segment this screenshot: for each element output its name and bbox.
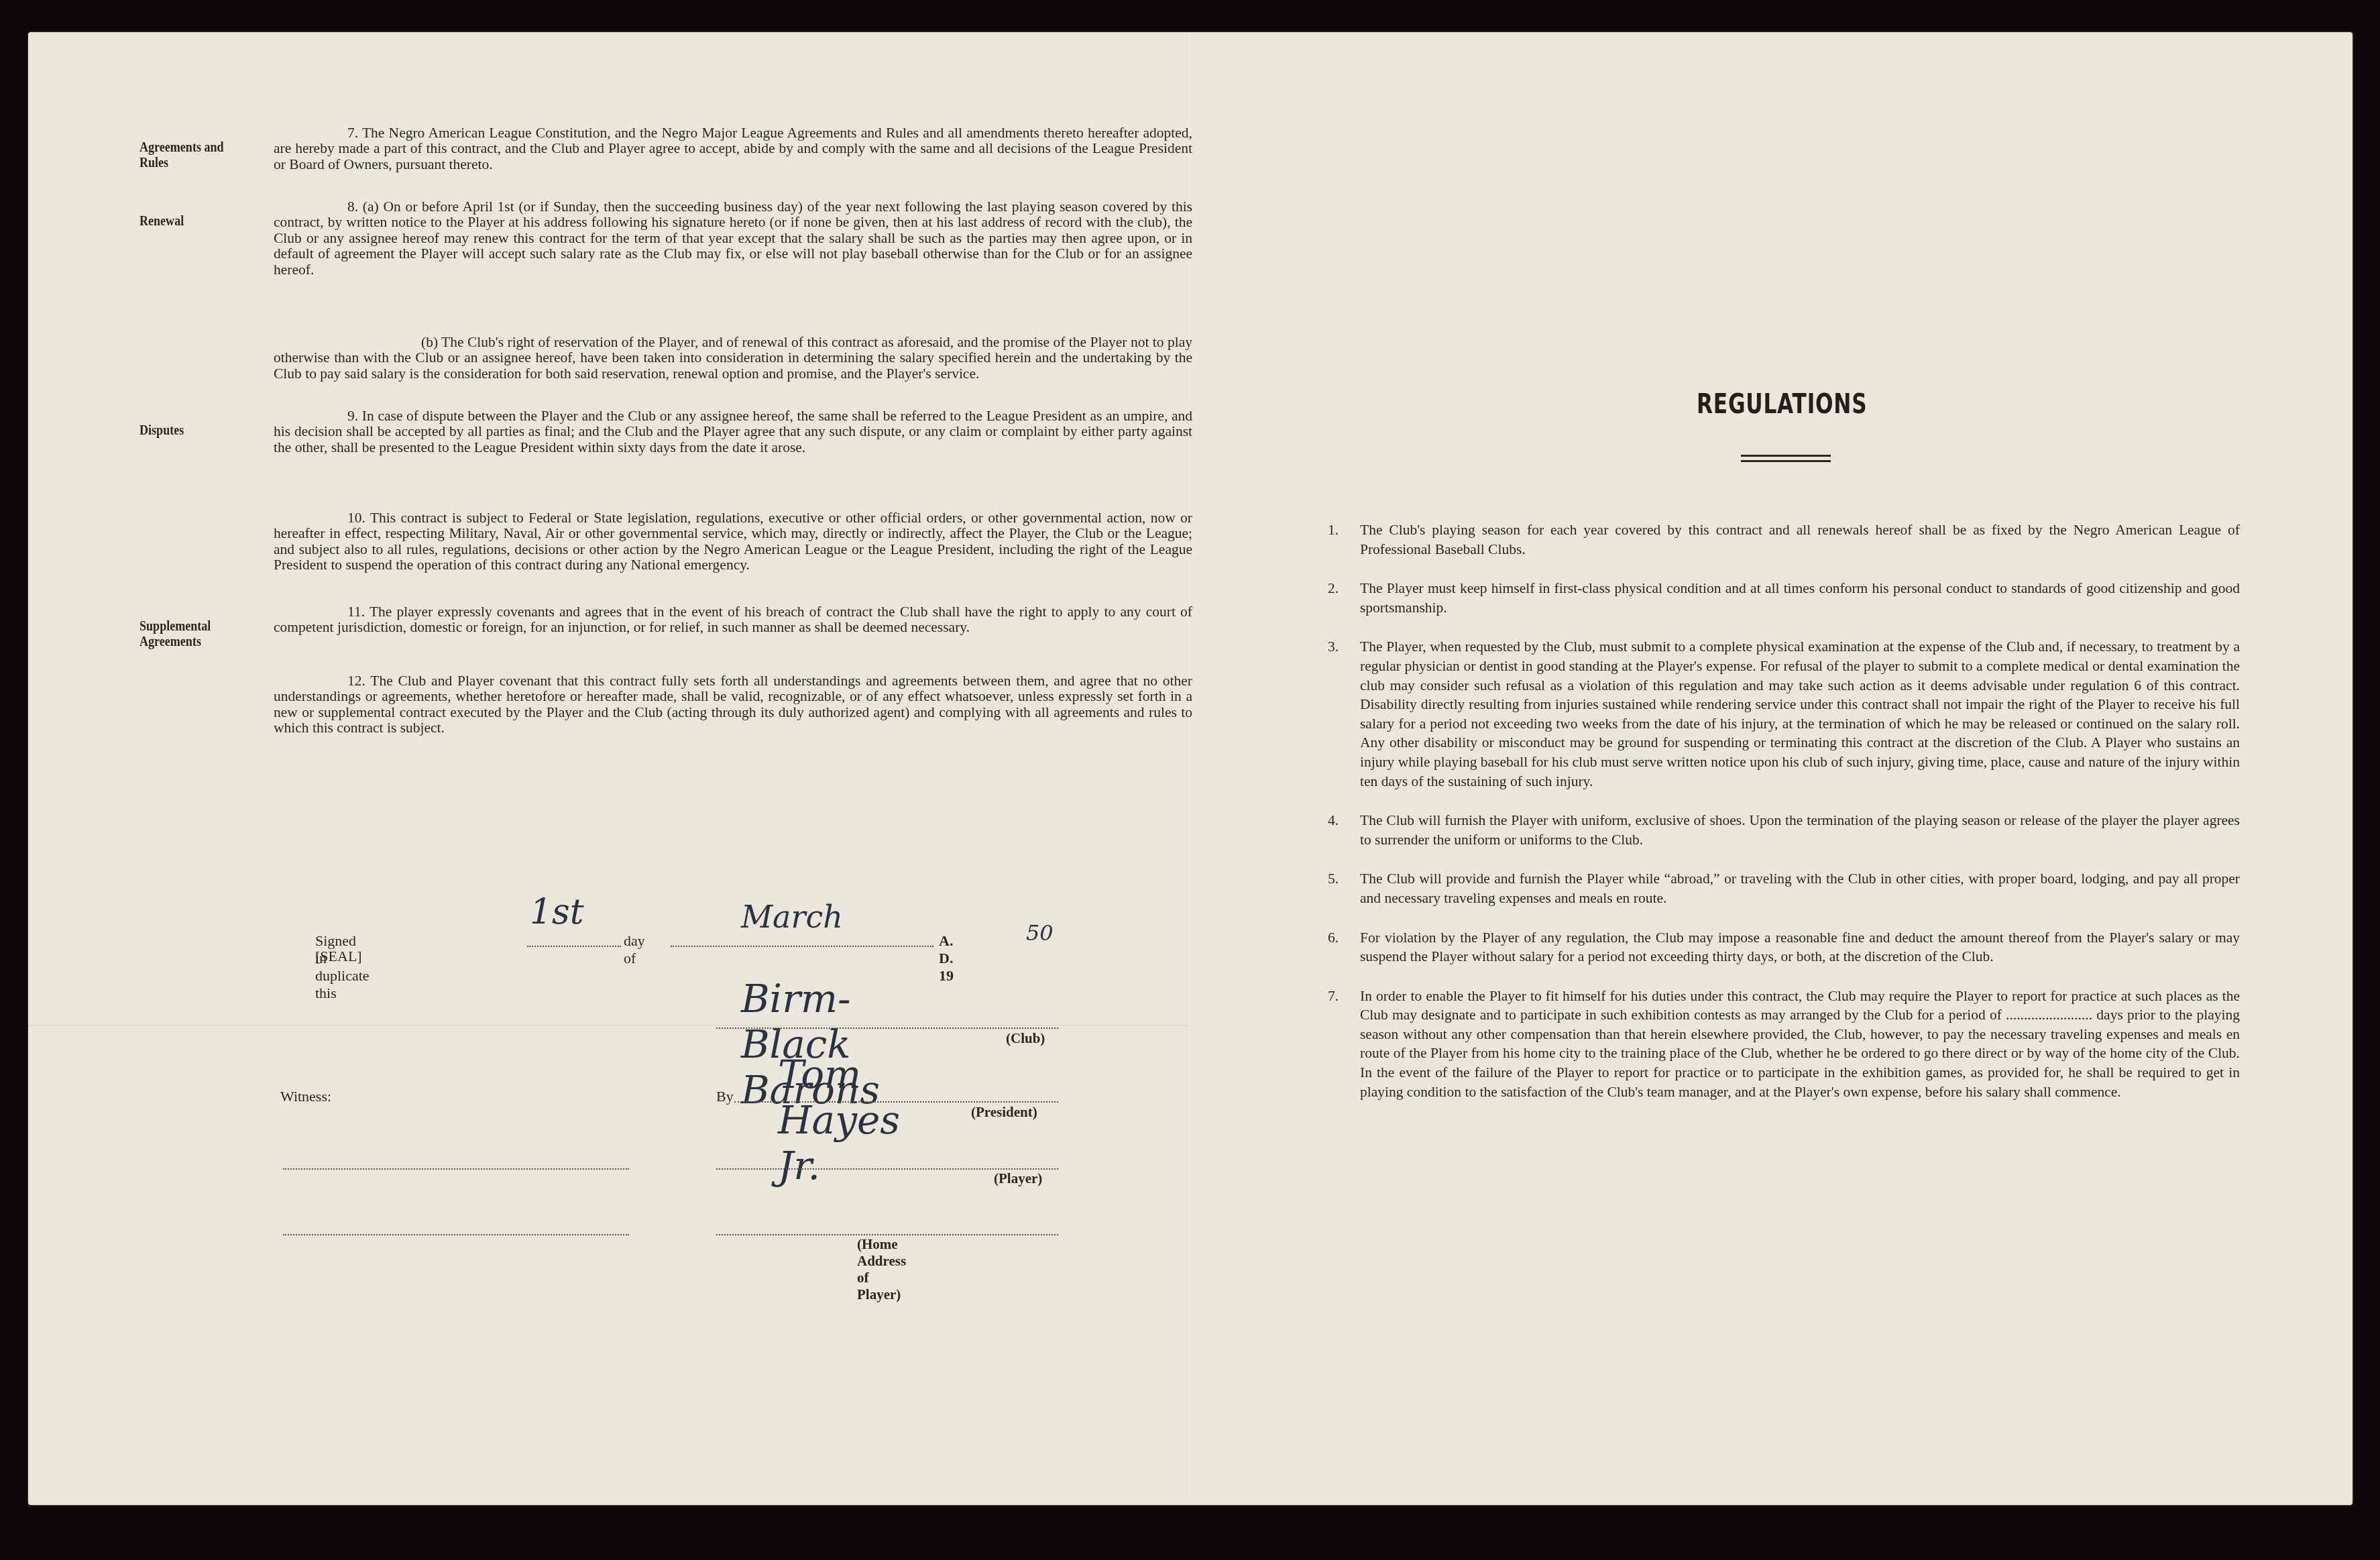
- regulation-item: 5. The Club will provide and furnish the…: [1328, 869, 2240, 907]
- clause-12: 12. The Club and Player covenant that th…: [274, 673, 1192, 736]
- regulation-text: The Player must keep himself in first-cl…: [1360, 580, 2240, 616]
- regulation-number: 5.: [1328, 869, 1339, 889]
- regulation-item: 3. The Player, when requested by the Clu…: [1328, 637, 2240, 791]
- month-line[interactable]: [671, 946, 933, 947]
- regulations-list: 1. The Club's playing season for each ye…: [1328, 520, 2240, 1121]
- clause-7: 7. The Negro American League Constitutio…: [274, 125, 1192, 172]
- section-label: Agreements and Rules: [139, 140, 243, 170]
- club-line[interactable]: [716, 1027, 1058, 1029]
- day-of-label: day of: [624, 932, 645, 967]
- seal-label: [SEAL]: [315, 948, 362, 965]
- regulation-number: 1.: [1328, 520, 1339, 540]
- regulation-item: 4. The Club will furnish the Player with…: [1328, 811, 2240, 849]
- club-caption: (Club): [1006, 1030, 1045, 1047]
- ad-year-label: A. D. 19: [939, 932, 954, 985]
- day-handwritten: 1st: [530, 892, 584, 932]
- signed-in-duplicate-label: Signed in duplicate this: [315, 932, 370, 1002]
- player-line[interactable]: [716, 1168, 1058, 1170]
- witness-line-1[interactable]: [283, 1168, 629, 1170]
- section-label: Renewal: [139, 213, 243, 229]
- regulation-text: The Club's playing season for each year …: [1360, 522, 2240, 557]
- regulation-number: 7.: [1328, 987, 1339, 1006]
- month-handwritten: March: [741, 899, 843, 935]
- title-rule-top: [1741, 455, 1831, 457]
- clause-8b: (b) The Club's right of reservation of t…: [274, 335, 1192, 382]
- clause-8a: 8. (a) On or before April 1st (or if Sun…: [274, 199, 1192, 278]
- regulation-text: In order to enable the Player to fit him…: [1360, 988, 2240, 1100]
- regulation-text: The Club will provide and furnish the Pl…: [1360, 871, 2240, 906]
- section-label: Disputes: [139, 423, 243, 438]
- title-rule-bottom: [1741, 460, 1831, 462]
- year-handwritten: 50: [1026, 920, 1054, 946]
- regulation-number: 2.: [1328, 579, 1339, 598]
- witness-line-2[interactable]: [283, 1234, 629, 1235]
- player-caption: (Player): [994, 1170, 1042, 1187]
- regulation-number: 3.: [1328, 637, 1339, 657]
- president-caption: (President): [971, 1104, 1037, 1121]
- regulation-item: 1. The Club's playing season for each ye…: [1328, 520, 2240, 559]
- horizontal-crease: [28, 1025, 1188, 1026]
- regulation-item: 7. In order to enable the Player to fit …: [1328, 987, 2240, 1102]
- clause-9: 9. In case of dispute between the Player…: [274, 408, 1192, 455]
- clause-10: 10. This contract is subject to Federal …: [274, 510, 1192, 573]
- home-address-line[interactable]: [716, 1234, 1058, 1235]
- regulation-text: For violation by the Player of any regul…: [1360, 930, 2240, 965]
- regulation-item: 2. The Player must keep himself in first…: [1328, 579, 2240, 617]
- day-line[interactable]: [527, 946, 621, 947]
- regulation-number: 4.: [1328, 811, 1339, 830]
- section-label: Supplemental Agreements: [139, 618, 243, 649]
- clause-11: 11. The player expressly covenants and a…: [274, 604, 1192, 636]
- by-label: By: [716, 1088, 734, 1105]
- regulation-item: 6. For violation by the Player of any re…: [1328, 928, 2240, 966]
- witness-label: Witness:: [280, 1088, 331, 1105]
- regulations-title: REGULATIONS: [1697, 389, 1867, 420]
- regulation-number: 6.: [1328, 928, 1339, 948]
- regulation-text: The Player, when requested by the Club, …: [1360, 638, 2240, 789]
- regulation-text: The Club will furnish the Player with un…: [1360, 812, 2240, 848]
- home-address-caption: (Home Address of Player): [857, 1236, 906, 1303]
